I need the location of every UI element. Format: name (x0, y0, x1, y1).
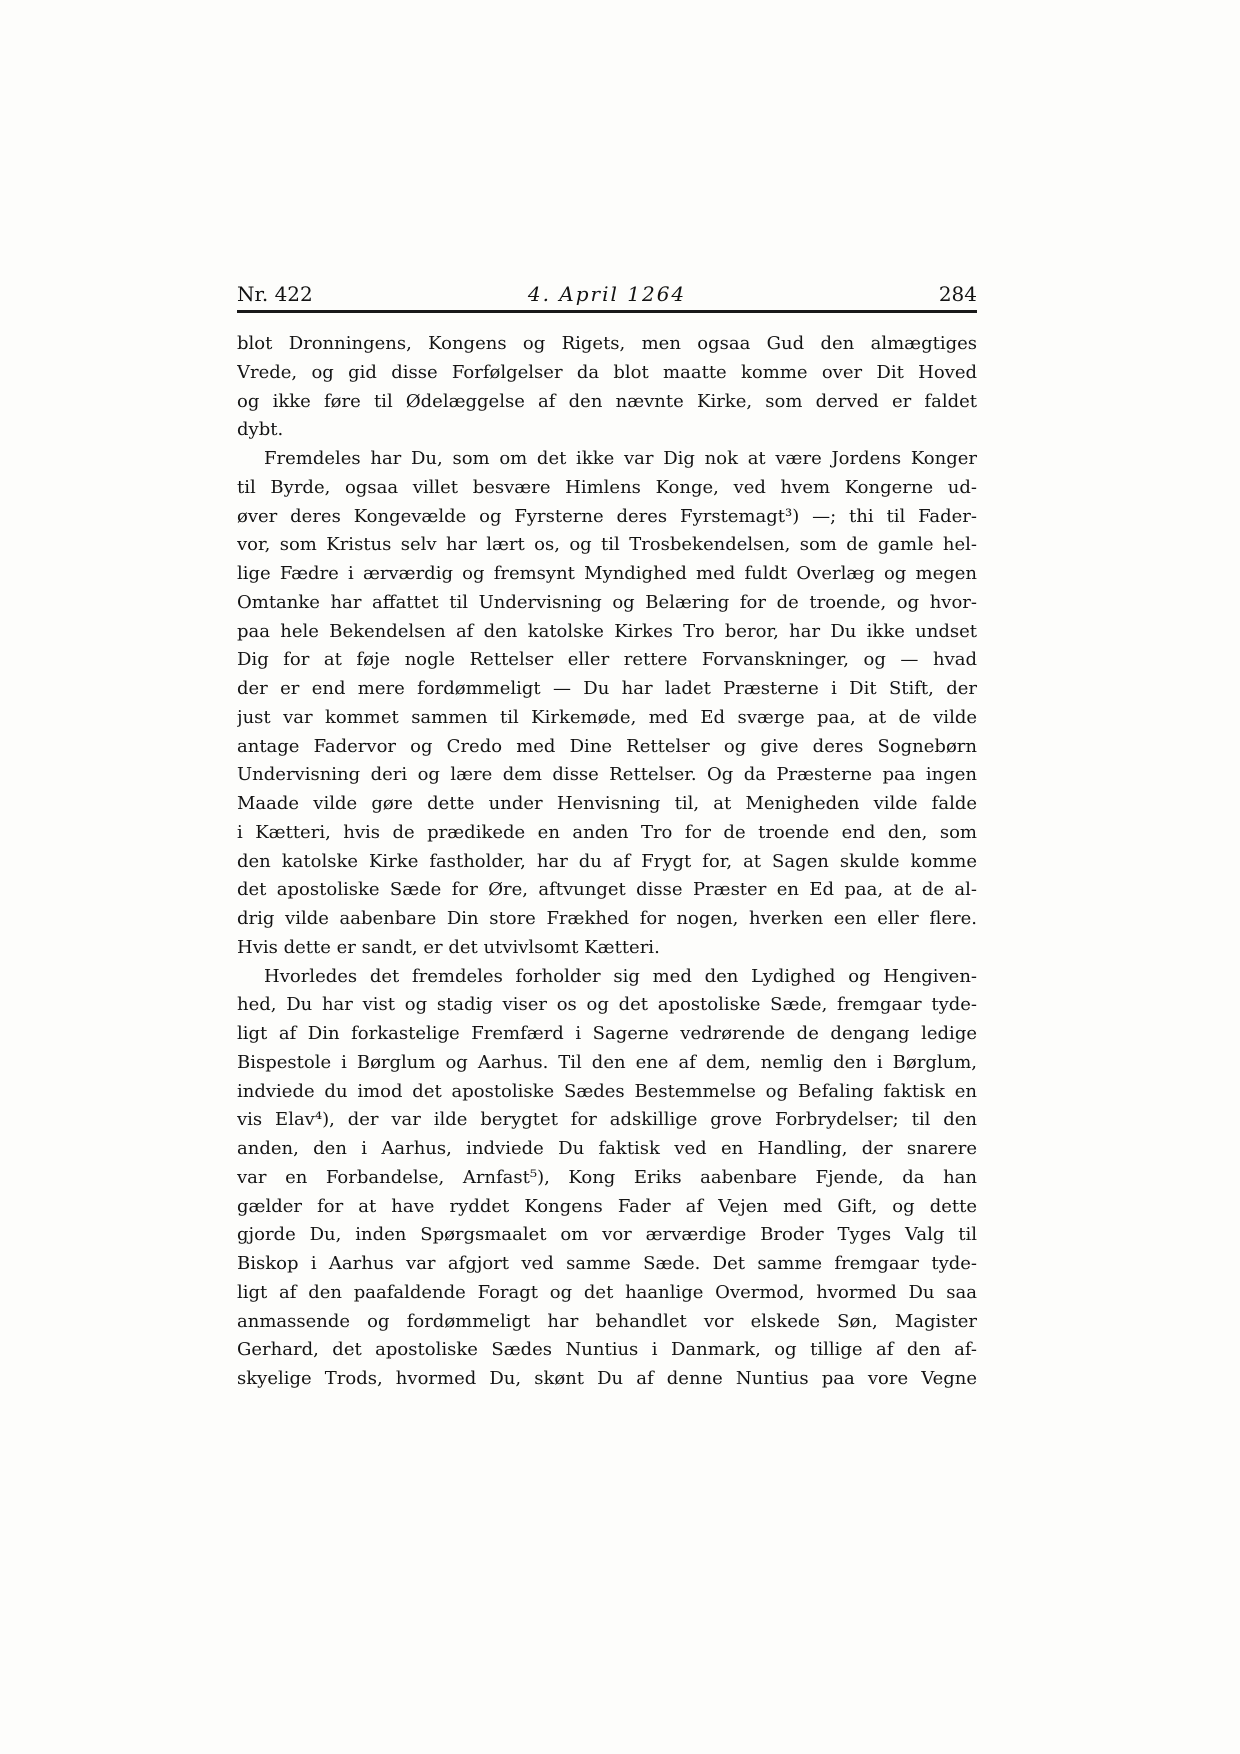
text-line: just var kommet sammen til Kirkemøde, me… (237, 704, 977, 733)
text-line: vis Elav⁴), der var ilde berygtet for ad… (237, 1106, 977, 1135)
document-body: blot Dronningens, Kongens og Rigets, men… (237, 330, 977, 1394)
text-line: drig vilde aabenbare Din store Frækhed f… (237, 905, 977, 934)
text-line: den katolske Kirke fastholder, har du af… (237, 848, 977, 877)
text-line: Omtanke har affattet til Undervisning og… (237, 589, 977, 618)
text-line: anmassende og fordømmeligt har behandlet… (237, 1308, 977, 1337)
page-header: Nr. 422 4. April 1264 284 (237, 282, 977, 313)
text-line: øver deres Kongevælde og Fyrsterne deres… (237, 503, 977, 532)
text-line: og ikke føre til Ødelæggelse af den nævn… (237, 388, 977, 417)
text-line: Bispestole i Børglum og Aarhus. Til den … (237, 1049, 977, 1078)
text-line: paa hele Bekendelsen af den katolske Kir… (237, 618, 977, 647)
text-line: indviede du imod det apostoliske Sædes B… (237, 1078, 977, 1107)
text-line: til Byrde, ogsaa villet besvære Himlens … (237, 474, 977, 503)
text-line: Undervisning deri og lære dem disse Rett… (237, 761, 977, 790)
text-line: Biskop i Aarhus var afgjort ved samme Sæ… (237, 1250, 977, 1279)
text-line: Dig for at føje nogle Rettelser eller re… (237, 646, 977, 675)
paragraph: Fremdeles har Du, som om det ikke var Di… (237, 445, 977, 963)
text-line: Fremdeles har Du, som om det ikke var Di… (237, 445, 977, 474)
text-line: skyelige Trods, hvormed Du, skønt Du af … (237, 1365, 977, 1394)
text-line: blot Dronningens, Kongens og Rigets, men… (237, 330, 977, 359)
text-line: hed, Du har vist og stadig viser os og d… (237, 991, 977, 1020)
paragraph: blot Dronningens, Kongens og Rigets, men… (237, 330, 977, 445)
text-line: det apostoliske Sæde for Øre, aftvunget … (237, 876, 977, 905)
text-line: i Kætteri, hvis de prædikede en anden Tr… (237, 819, 977, 848)
text-line: vor, som Kristus selv har lært os, og ti… (237, 531, 977, 560)
text-line: der er end mere fordømmeligt — Du har la… (237, 675, 977, 704)
paragraph: Hvorledes det fremdeles forholder sig me… (237, 963, 977, 1394)
text-line: Vrede, og gid disse Forfølgelser da blot… (237, 359, 977, 388)
text-line: anden, den i Aarhus, indviede Du faktisk… (237, 1135, 977, 1164)
text-line: var en Forbandelse, Arnfast⁵), Kong Erik… (237, 1164, 977, 1193)
text-line: gjorde Du, inden Spørgsmaalet om vor ærv… (237, 1221, 977, 1250)
document-date: 4. April 1264 (237, 282, 977, 306)
text-line: antage Fadervor og Credo med Dine Rettel… (237, 733, 977, 762)
scanned-book-page: Nr. 422 4. April 1264 284 blot Dronninge… (237, 282, 977, 1394)
text-line: ligt af Din forkastelige Fremfærd i Sage… (237, 1020, 977, 1049)
text-line: lige Fædre i ærværdig og fremsynt Myndig… (237, 560, 977, 589)
text-line: Maade vilde gøre dette under Henvisning … (237, 790, 977, 819)
text-line: Hvis dette er sandt, er det utvivlsomt K… (237, 934, 977, 963)
text-line: Hvorledes det fremdeles forholder sig me… (237, 963, 977, 992)
page-number: 284 (939, 282, 977, 306)
text-line: dybt. (237, 416, 977, 445)
text-line: ligt af den paafaldende Foragt og det ha… (237, 1279, 977, 1308)
text-line: Gerhard, det apostoliske Sædes Nuntius i… (237, 1336, 977, 1365)
text-line: gælder for at have ryddet Kongens Fader … (237, 1193, 977, 1222)
